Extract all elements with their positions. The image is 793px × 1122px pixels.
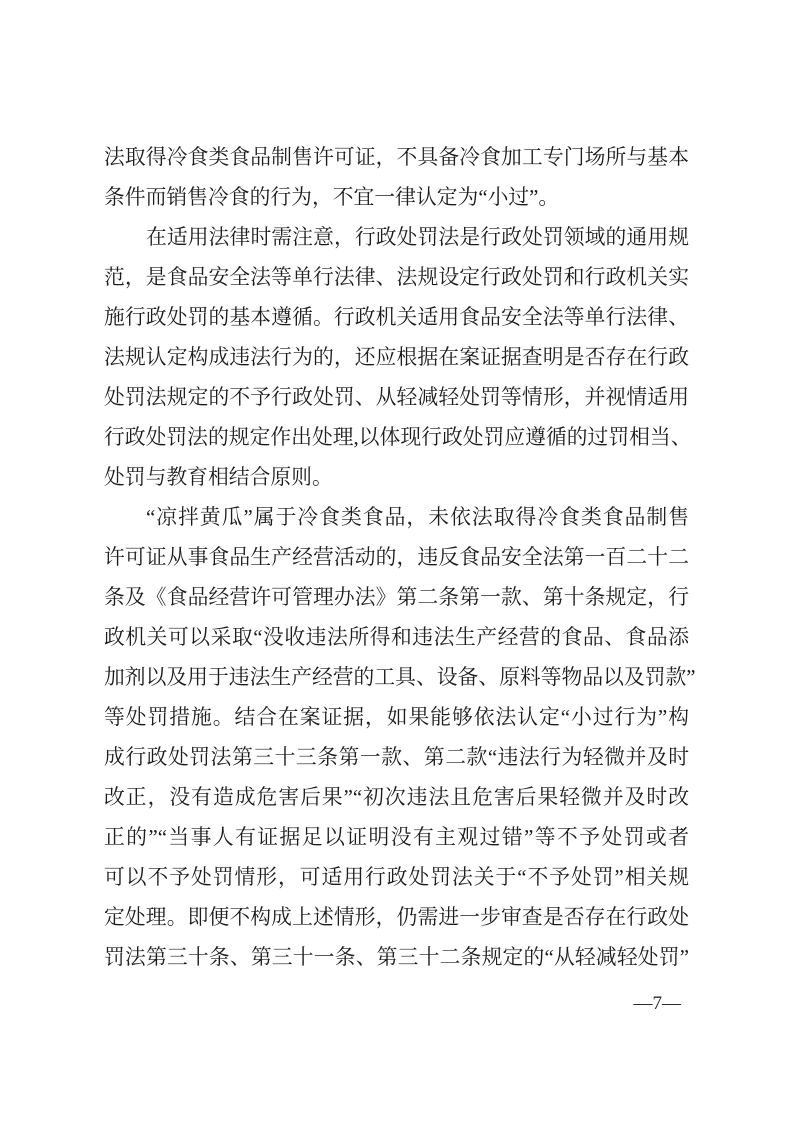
text-line: 加剂以及用于违法生产经营的工具、设备、原料等物品以及罚款” bbox=[104, 658, 689, 698]
text-line: 成行政处罚法第三十三条第一款、第二款“违法行为轻微并及时 bbox=[104, 738, 689, 778]
text-line: 行政处罚法的规定作出处理,以体现行政处罚应遵循的过罚相当、 bbox=[104, 418, 689, 458]
text-line: 法取得冷食类食品制售许可证，不具备冷食加工专门场所与基本 bbox=[104, 138, 689, 178]
text-line: 范，是食品安全法等单行法律、法规设定行政处罚和行政机关实 bbox=[104, 258, 689, 298]
text-line: 定处理。即便不构成上述情形，仍需进一步审查是否存在行政处 bbox=[104, 898, 689, 938]
text-line: 法规认定构成违法行为的，还应根据在案证据查明是否存在行政 bbox=[104, 338, 689, 378]
text-line: 许可证从事食品生产经营活动的，违反食品安全法第一百二十二 bbox=[104, 538, 689, 578]
text-line: 条及《食品经营许可管理办法》第二条第一款、第十条规定，行 bbox=[104, 578, 689, 618]
text-line: 处罚法规定的不予行政处罚、从轻减轻处罚等情形，并视情适用 bbox=[104, 378, 689, 418]
text-line: 改正，没有造成危害后果”“初次违法且危害后果轻微并及时改 bbox=[104, 778, 689, 818]
text-line: 处罚与教育相结合原则。 bbox=[104, 458, 689, 498]
document-body: 法取得冷食类食品制售许可证，不具备冷食加工专门场所与基本条件而销售冷食的行为，不… bbox=[104, 138, 689, 978]
text-line: 等处罚措施。结合在案证据，如果能够依法认定“小过行为”构 bbox=[104, 698, 689, 738]
document-page: 法取得冷食类食品制售许可证，不具备冷食加工专门场所与基本条件而销售冷食的行为，不… bbox=[0, 0, 793, 1122]
text-line: 可以不予处罚情形，可适用行政处罚法关于“不予处罚”相关规 bbox=[104, 858, 689, 898]
text-line: “凉拌黄瓜”属于冷食类食品，未依法取得冷食类食品制售 bbox=[104, 498, 689, 538]
text-line: 正的”“当事人有证据足以证明没有主观过错”等不予处罚或者 bbox=[104, 818, 689, 858]
text-line: 条件而销售冷食的行为，不宜一律认定为“小过”。 bbox=[104, 178, 689, 218]
text-line: 施行政处罚的基本遵循。行政机关适用食品安全法等单行法律、 bbox=[104, 298, 689, 338]
text-line: 罚法第三十条、第三十一条、第三十二条规定的“从轻减轻处罚” bbox=[104, 938, 689, 978]
text-line: 在适用法律时需注意，行政处罚法是行政处罚领域的通用规 bbox=[104, 218, 689, 258]
page-number: —7— bbox=[634, 992, 682, 1016]
text-line: 政机关可以采取“没收违法所得和违法生产经营的食品、食品添 bbox=[104, 618, 689, 658]
